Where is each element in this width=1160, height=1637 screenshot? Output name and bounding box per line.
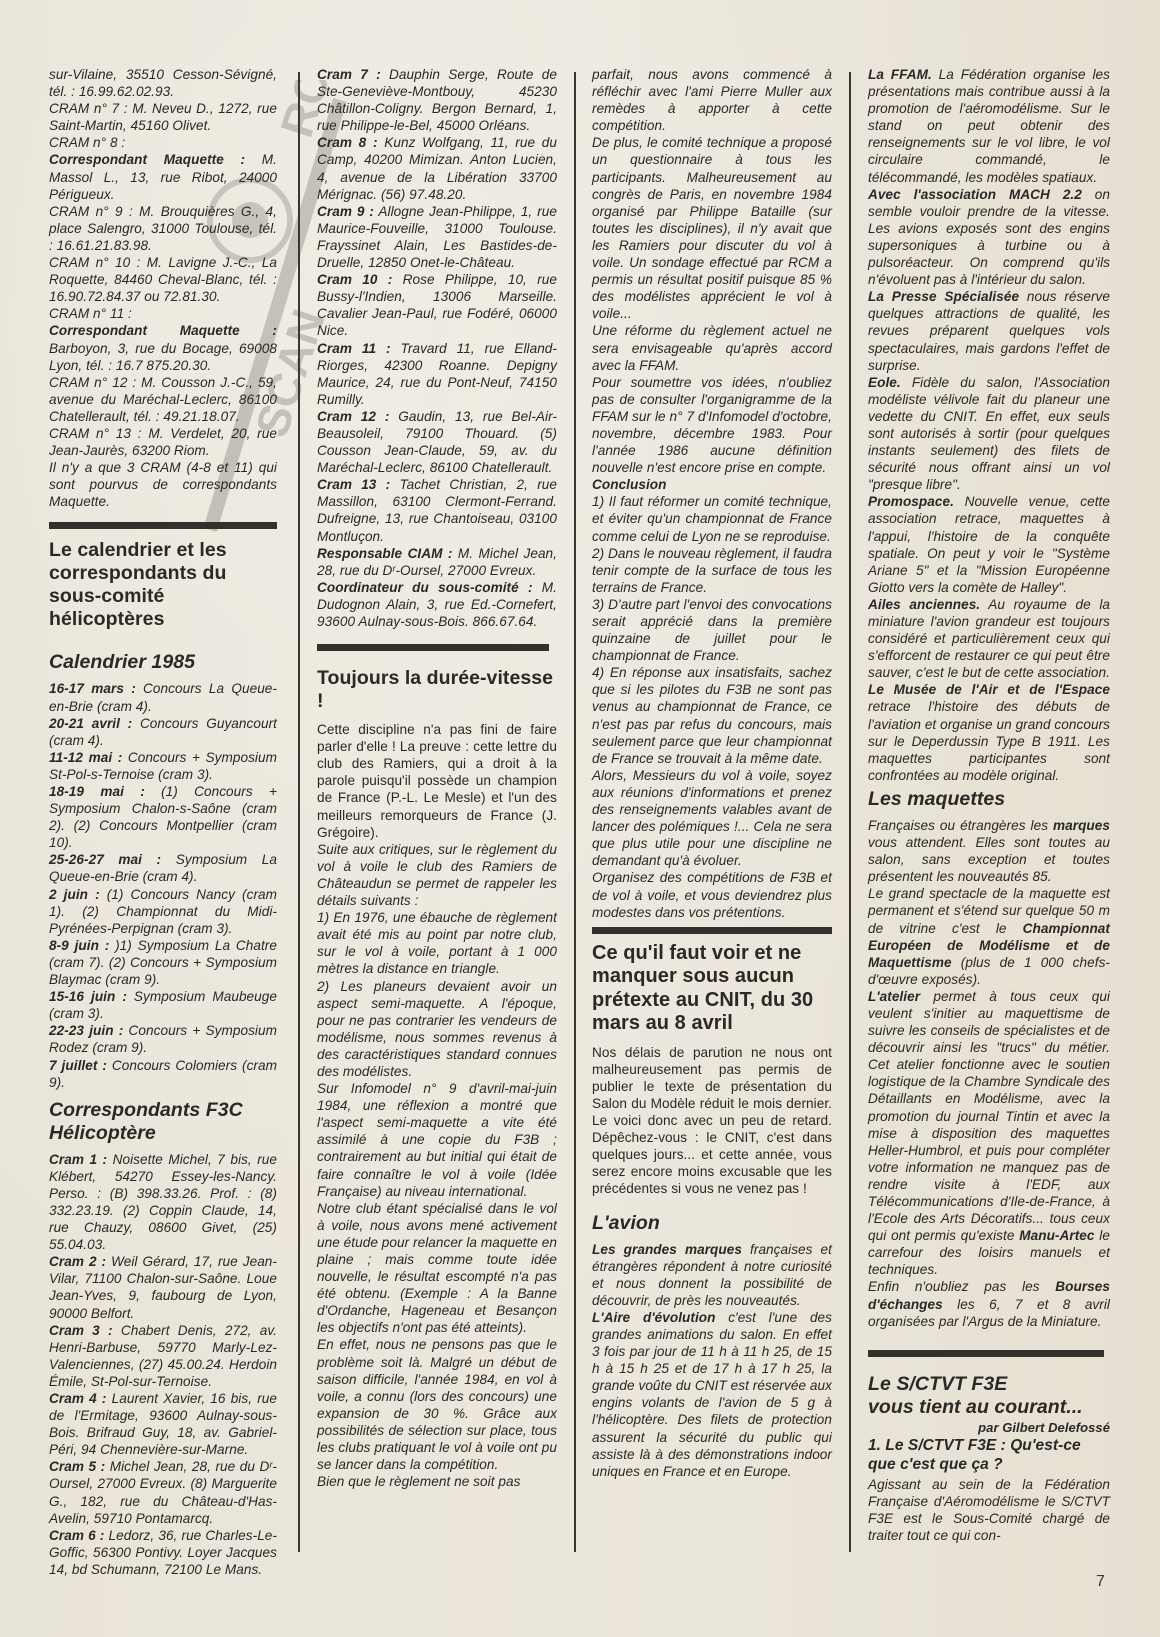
cram-entry: sur-Vilaine, 35510 Cesson-Sévigné, tél. … (49, 66, 277, 100)
exhibitor-item: Ailes anciennes. Au royaume de la miniat… (868, 596, 1110, 681)
article-paragraph: Pour soumettre vos idées, n'oubliez pas … (592, 374, 832, 477)
calendar-item: 11-12 mai : Concours + Symposium St-Pol-… (49, 749, 277, 783)
heading-duree-vitesse: Toujours la durée-vitesse ! (317, 667, 557, 713)
article-paragraph: De plus, le comité technique a proposé u… (592, 134, 832, 322)
article-paragraph: Sur Infomodel n° 9 d'avril-mai-juin 1984… (317, 1080, 557, 1200)
exhibitor-item: La FFAM. La Fédération organise les prés… (868, 66, 1110, 186)
avion-item: Les grandes marques françaises et étrang… (592, 1241, 832, 1309)
article-paragraph: 2) Les planeurs devaient avoir un aspect… (317, 978, 557, 1081)
calendar-item: 25-26-27 mai : Symposium La Queue-en-Bri… (49, 851, 277, 885)
column-2: Cram 7 : Dauphin Serge, Route de Ste-Gen… (317, 66, 557, 1490)
section-divider-bar (49, 522, 277, 529)
cram-entry: CRAM n° 8 : (49, 134, 277, 151)
heading-helicopteres: Le calendrier et les correspondants du s… (49, 539, 277, 631)
cram-entry: CRAM n° 7 : M. Neveu D., 1272, rue Saint… (49, 100, 277, 134)
f3c-entry: Cram 8 : Kunz Wolfgang, 11, rue du Camp,… (317, 134, 557, 202)
conclusion-item: 1) Il faut réformer un comité technique,… (592, 493, 832, 544)
f3c-entry: Cram 12 : Gaudin, 13, rue Bel-Air-Beauso… (317, 408, 557, 476)
exhibitor-item: Le Musée de l'Air et de l'Espace retrace… (868, 681, 1110, 784)
cnit-intro: Nos délais de parution ne nous ont malhe… (592, 1044, 832, 1198)
exhibitor-item: Eole. Fidèle du salon, l'Association mod… (868, 374, 1110, 494)
maquettes-item: L'atelier permet à tous ceux qui veulent… (868, 988, 1110, 1279)
article-paragraph: Notre club étant spécialisé dans le vol … (317, 1200, 557, 1337)
f3c-entry: Cram 6 : Ledorz, 36, rue Charles-Le-Goff… (49, 1527, 277, 1578)
coordinator-entry: Coordinateur du sous-comité : M. Dudogno… (317, 579, 557, 630)
maquettes-item: Le grand spectacle de la maquette est pe… (868, 885, 1110, 988)
exhibitor-item: La Presse Spécialisée nous réserve quelq… (868, 288, 1110, 373)
calendar-item: 7 juillet : Concours Colomiers (cram 9). (49, 1057, 277, 1091)
cram-entry: Correspondant Maquette : Barboyon, 3, ru… (49, 322, 277, 373)
calendar-item: 16-17 mars : Concours La Queue-en-Brie (… (49, 680, 277, 714)
page-number: 7 (1096, 1573, 1105, 1591)
heading-sctvt-line2: vous tient au courant... (868, 1396, 1110, 1419)
column-4: La FFAM. La Fédération organise les prés… (868, 66, 1110, 1544)
exhibitor-item: Promospace. Nouvelle venue, cette associ… (868, 493, 1110, 596)
conclusion-item: 3) D'autre part l'envoi des convocations… (592, 596, 832, 664)
cram-entry: Correspondant Maquette : M. Massol L., 1… (49, 151, 277, 202)
column-divider (574, 72, 576, 1552)
calendar-title: Calendrier 1985 (49, 651, 277, 674)
calendar-item: 20-21 avril : Concours Guyancourt (cram … (49, 715, 277, 749)
calendar-item: 22-23 juin : Concours + Symposium Rodez … (49, 1022, 277, 1056)
heading-maquettes: Les maquettes (868, 788, 1110, 811)
section-divider-bar (592, 927, 832, 934)
f3c-entry: Cram 13 : Tachet Christian, 2, rue Massi… (317, 476, 557, 544)
cram-entry: CRAM n° 10 : M. Lavigne J.-C., La Roquet… (49, 254, 277, 305)
ciam-entry: Responsable CIAM : M. Michel Jean, 28, r… (317, 545, 557, 579)
cram-entry: CRAM n° 9 : M. Brouquières G., 4, place … (49, 203, 277, 254)
column-divider (849, 72, 851, 1552)
f3c-list: Cram 1 : Noisette Michel, 7 bis, rue Klé… (49, 1151, 277, 1578)
exhibitor-item: Avec l'association MACH 2.2 on semble vo… (868, 186, 1110, 289)
f3c-entry: Cram 9 : Allogne Jean-Philippe, 1, rue M… (317, 203, 557, 271)
conclusion-item: Alors, Messieurs du vol à voile, soyez a… (592, 767, 832, 870)
article-paragraph: 1) En 1976, une ébauche de règlement ava… (317, 909, 557, 977)
f3c-entry: Cram 2 : Weil Gérard, 17, rue Jean-Vilar… (49, 1253, 277, 1321)
calendar-item: 8-9 juin : )1) Symposium La Chatre (cram… (49, 937, 277, 988)
article-intro: Cette discipline n'a pas fini de faire p… (317, 721, 557, 841)
maquettes-item: Françaises ou étrangères les marques vou… (868, 817, 1110, 885)
calendar-item: 15-16 juin : Symposium Maubeuge (cram 3)… (49, 988, 277, 1022)
cram-note: Il n'y a que 3 CRAM (4-8 et 11) qui sont… (49, 459, 277, 510)
subheading-question-1: 1. Le S/CTVT F3E : Qu'est-ce que c'est q… (868, 1436, 1110, 1474)
heading-cnit: Ce qu'il faut voir et ne manquer sous au… (592, 942, 832, 1036)
article-paragraph: En effet, nous ne pensons pas que le pro… (317, 1336, 557, 1473)
conclusion-item: Organisez des compétitions de F3B et de … (592, 869, 832, 920)
conclusion-item: 2) Dans le nouveau règlement, il faudra … (592, 545, 832, 596)
column-3: parfait, nous avons commencé à réfléchir… (592, 66, 832, 1480)
calendar-item: 2 juin : (1) Concours Nancy (cram 1). (2… (49, 886, 277, 937)
article-paragraph: Suite aux critiques, sur le règlement du… (317, 841, 557, 909)
column-1: sur-Vilaine, 35510 Cesson-Sévigné, tél. … (49, 66, 277, 1578)
f3c-entry: Cram 7 : Dauphin Serge, Route de Ste-Gen… (317, 66, 557, 134)
author-byline: par Gilbert Delefossé (868, 1419, 1110, 1436)
f3c-entry: Cram 5 : Michel Jean, 28, rue du Dʳ-Ours… (49, 1458, 277, 1526)
maquettes-item: Enfin n'oubliez pas les Bourses d'échang… (868, 1278, 1110, 1329)
heading-sctvt-line1: Le S/CTVT F3E (868, 1373, 1110, 1396)
article-paragraph: Bien que le règlement ne soit pas (317, 1473, 557, 1490)
f3c-entry: Cram 3 : Chabert Denis, 272, av. Henri-B… (49, 1322, 277, 1390)
column-divider (298, 72, 300, 1552)
heading-avion: L'avion (592, 1212, 832, 1235)
f3c-entry: Cram 11 : Travard 11, rue Elland-Riorges… (317, 340, 557, 408)
article-paragraph: Une réforme du règlement actuel ne sera … (592, 322, 832, 373)
calendar-item: 18-19 mai : (1) Concours + Symposium Cha… (49, 783, 277, 851)
section-divider-bar (868, 1350, 1104, 1357)
f3c-entry: Cram 4 : Laurent Xavier, 16 bis, rue de … (49, 1390, 277, 1458)
article-paragraph: Agissant au sein de la Fédération França… (868, 1476, 1110, 1544)
cram-entry: CRAM n° 13 : M. Verdelet, 20, rue Jean-J… (49, 425, 277, 459)
f3c-list-continued: Cram 7 : Dauphin Serge, Route de Ste-Gen… (317, 66, 557, 630)
calendar-list: 16-17 mars : Concours La Queue-en-Brie (… (49, 680, 277, 1090)
conclusion-label: Conclusion (592, 476, 832, 493)
f3c-title: Correspondants F3C Hélicoptère (49, 1099, 277, 1145)
f3c-entry: Cram 1 : Noisette Michel, 7 bis, rue Klé… (49, 1151, 277, 1254)
cram-entry: CRAM n° 11 : (49, 305, 277, 322)
magazine-page: RCM SCAN sur-Vilaine, 35510 Cesson-Sévig… (0, 0, 1160, 1637)
f3c-entry: Cram 10 : Rose Philippe, 10, rue Bussy-l… (317, 271, 557, 339)
avion-item: L'Aire d'évolution c'est l'une des grand… (592, 1309, 832, 1480)
cram-entry: CRAM n° 12 : M. Cousson J.-C., 59, avenu… (49, 374, 277, 425)
article-paragraph: parfait, nous avons commencé à réfléchir… (592, 66, 832, 134)
section-divider-bar (317, 644, 549, 651)
conclusion-item: 4) En réponse aux insatisfaits, sachez q… (592, 664, 832, 767)
